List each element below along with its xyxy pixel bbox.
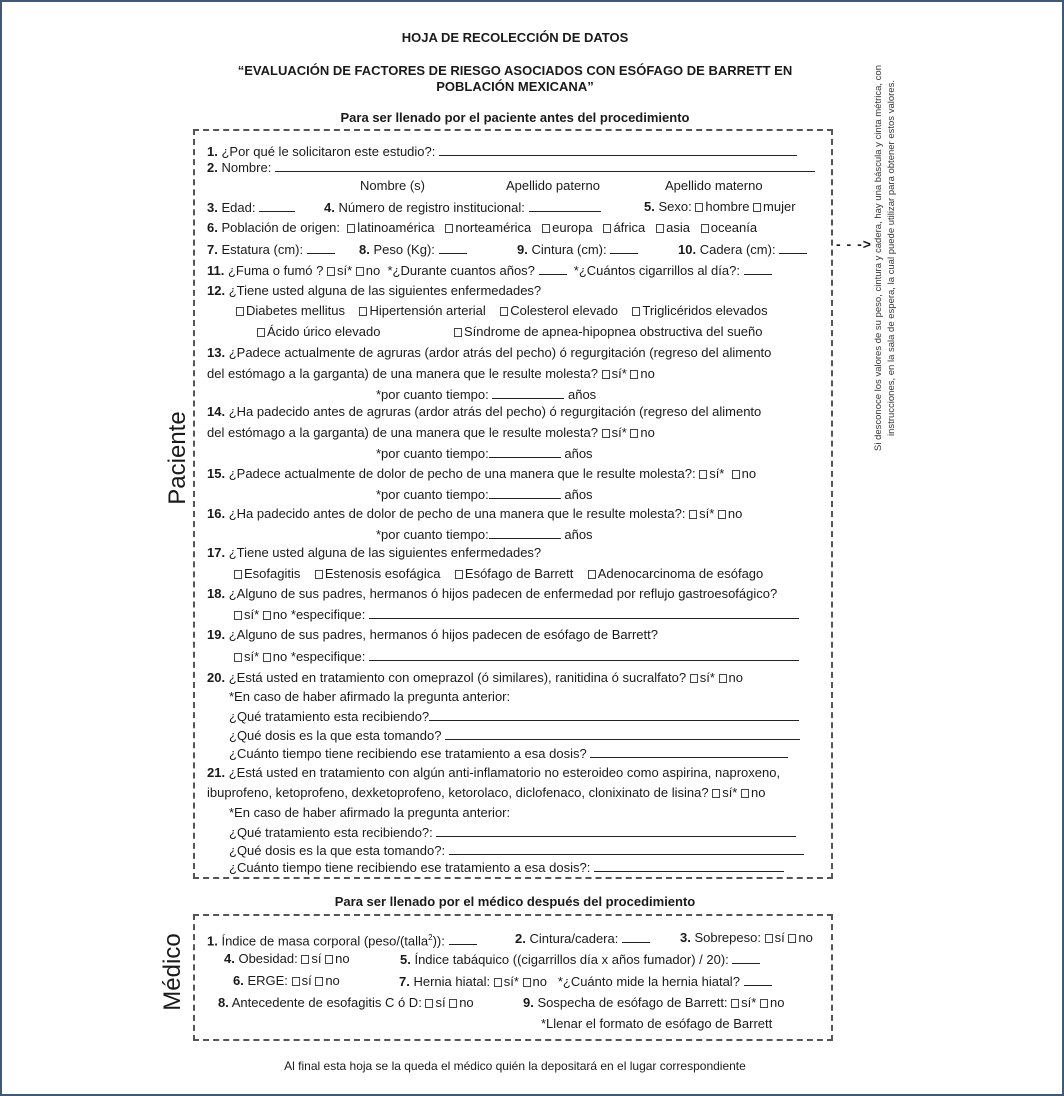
question-14-duration: *por cuanto tiempo: años bbox=[376, 445, 593, 462]
barrett-checkbox[interactable] bbox=[455, 570, 463, 579]
doctor-item-3: 3. Sobrepeso: sí no bbox=[680, 930, 813, 946]
origin-oceania-checkbox[interactable] bbox=[701, 224, 709, 233]
question-2: 2. Nombre: bbox=[207, 159, 815, 176]
q21-treatment-input[interactable] bbox=[436, 824, 796, 837]
doctor-side-label: Médico bbox=[158, 917, 188, 1027]
question-12-options-row2b: Síndrome de apnea-hipopnea obstructiva d… bbox=[454, 324, 763, 340]
sex-female-checkbox[interactable] bbox=[753, 203, 761, 212]
height-input[interactable] bbox=[307, 241, 335, 254]
question-20-sub2: ¿Qué dosis es la que esta tomando? bbox=[229, 727, 800, 744]
question-15-duration: *por cuanto tiempo: años bbox=[376, 486, 593, 503]
smoking-index-input[interactable] bbox=[732, 951, 760, 964]
registry-number-input[interactable] bbox=[529, 199, 601, 212]
age-input[interactable] bbox=[259, 199, 295, 212]
smoke-no-checkbox[interactable] bbox=[356, 267, 364, 276]
question-12: 12. ¿Tiene usted alguna de las siguiente… bbox=[207, 283, 541, 299]
esophagitis-cd-no-checkbox[interactable] bbox=[449, 999, 457, 1008]
question-12-options-row2: Ácido úrico elevado bbox=[257, 324, 380, 340]
q13-yes-checkbox[interactable] bbox=[602, 370, 610, 379]
footer-note: Al final esta hoja se la queda el médico… bbox=[190, 1059, 840, 1073]
patient-section-heading: Para ser llenado por el paciente antes d… bbox=[190, 110, 840, 125]
triglycerides-checkbox[interactable] bbox=[632, 307, 640, 316]
hiatal-hernia-yes-checkbox[interactable] bbox=[494, 978, 502, 987]
question-11: 11. ¿Fuma o fumó ? sí* no *¿Durante cuan… bbox=[207, 262, 772, 279]
question-13-line2: del estómago a la garganta) de una maner… bbox=[207, 366, 655, 382]
cigarettes-per-day-input[interactable] bbox=[744, 262, 772, 275]
name-sublabel-paterno: Apellido paterno bbox=[506, 178, 600, 194]
question-21-note: *En caso de haber afirmado la pregunta a… bbox=[229, 805, 510, 821]
q18-specify-input[interactable] bbox=[369, 606, 799, 619]
question-16: 16. ¿Ha padecido antes de dolor de pecho… bbox=[207, 506, 742, 522]
q14-no-checkbox[interactable] bbox=[630, 429, 638, 438]
question-19: 19. ¿Alguno de sus padres, hermanos ó hi… bbox=[207, 627, 658, 643]
question-14: 14. ¿Ha padecido antes de agruras (ardor… bbox=[207, 404, 761, 420]
smoke-years-input[interactable] bbox=[539, 262, 567, 275]
uric-acid-checkbox[interactable] bbox=[257, 328, 265, 337]
origin-northam-checkbox[interactable] bbox=[445, 224, 453, 233]
q18-yes-checkbox[interactable] bbox=[234, 611, 242, 620]
question-21-sub3: ¿Cuánto tiempo tiene recibiendo ese trat… bbox=[229, 859, 784, 876]
stenosis-checkbox[interactable] bbox=[315, 570, 323, 579]
question-20-sub3: ¿Cuánto tiempo tiene recibiendo ese trat… bbox=[229, 745, 788, 762]
q20-no-checkbox[interactable] bbox=[719, 674, 727, 683]
measurement-instructions-note: Si desconoce los valores de su peso, cin… bbox=[872, 18, 908, 498]
q20-dose-input[interactable] bbox=[445, 727, 800, 740]
name-input[interactable] bbox=[275, 159, 815, 172]
question-21-sub1: ¿Qué tratamiento esta recibiendo?: bbox=[229, 824, 796, 841]
doctor-item-5: 5. Índice tabáquico ((cigarrillos día x … bbox=[400, 951, 760, 968]
weight-input[interactable] bbox=[439, 241, 467, 254]
question-21-sub2: ¿Qué dosis es la que esta tomando?: bbox=[229, 842, 804, 859]
study-title: “EVALUACIÓN DE FACTORES DE RIESGO ASOCIA… bbox=[190, 63, 840, 95]
esophagitis-cd-yes-checkbox[interactable] bbox=[425, 999, 433, 1008]
question-19-answer: sí* no *especifique: bbox=[234, 648, 799, 665]
question-18: 18. ¿Alguno de sus padres, hermanos ó hi… bbox=[207, 586, 777, 602]
waist-hip-ratio-input[interactable] bbox=[622, 930, 650, 943]
doctor-item-1: 1. Índice de masa corporal (peso/(talla2… bbox=[207, 930, 477, 949]
barrett-suspect-no-checkbox[interactable] bbox=[760, 999, 768, 1008]
doctor-section-heading: Para ser llenado por el médico después d… bbox=[190, 894, 840, 909]
gerd-yes-checkbox[interactable] bbox=[292, 977, 300, 986]
question-1: 1. ¿Por qué le solicitaron este estudio?… bbox=[207, 143, 797, 160]
hiatal-hernia-no-checkbox[interactable] bbox=[523, 978, 531, 987]
q19-specify-input[interactable] bbox=[369, 648, 799, 661]
question-13: 13. ¿Padece actualmente de agruras (ardo… bbox=[207, 345, 771, 361]
question-21: 21. ¿Está usted en tratamiento con algún… bbox=[207, 765, 780, 781]
origin-europe-checkbox[interactable] bbox=[542, 224, 550, 233]
q16-yes-checkbox[interactable] bbox=[689, 510, 697, 519]
q18-no-checkbox[interactable] bbox=[263, 611, 271, 620]
hip-input[interactable] bbox=[779, 241, 807, 254]
question-9: 9. Cintura (cm): bbox=[517, 241, 638, 258]
esophagitis-checkbox[interactable] bbox=[234, 570, 242, 579]
q13-no-checkbox[interactable] bbox=[630, 370, 638, 379]
question-20: 20. ¿Está usted en tratamiento con omepr… bbox=[207, 670, 743, 686]
question-12-options-row1: Diabetes mellitus Hipertensión arterial … bbox=[236, 303, 768, 319]
q20-duration-input[interactable] bbox=[590, 745, 788, 758]
question-17: 17. ¿Tiene usted alguna de las siguiente… bbox=[207, 545, 541, 561]
question-20-sub1: ¿Qué tratamiento esta recibiendo? bbox=[229, 708, 799, 725]
diabetes-checkbox[interactable] bbox=[236, 307, 244, 316]
q21-dose-input[interactable] bbox=[449, 842, 804, 855]
question-18-answer: sí* no *especifique: bbox=[234, 606, 799, 623]
question-13-duration: *por cuanto tiempo: años bbox=[376, 386, 596, 403]
question-4: 4. Número de registro institucional: bbox=[324, 199, 601, 216]
q19-yes-checkbox[interactable] bbox=[234, 653, 242, 662]
obesity-no-checkbox[interactable] bbox=[325, 955, 333, 964]
sex-male-checkbox[interactable] bbox=[695, 203, 703, 212]
bmi-input[interactable] bbox=[449, 932, 477, 945]
smoke-yes-checkbox[interactable] bbox=[327, 267, 335, 276]
origin-asia-checkbox[interactable] bbox=[656, 224, 664, 233]
overweight-no-checkbox[interactable] bbox=[788, 934, 796, 943]
overweight-yes-checkbox[interactable] bbox=[765, 934, 773, 943]
reason-input[interactable] bbox=[439, 143, 797, 156]
q16-no-checkbox[interactable] bbox=[718, 510, 726, 519]
doctor-item-9: 9. Sospecha de esófago de Barrett: sí* n… bbox=[523, 995, 784, 1011]
q15-duration-input[interactable] bbox=[489, 486, 561, 499]
sleep-apnea-checkbox[interactable] bbox=[454, 328, 462, 337]
barrett-suspect-yes-checkbox[interactable] bbox=[731, 999, 739, 1008]
q16-duration-input[interactable] bbox=[489, 526, 561, 539]
question-16-duration: *por cuanto tiempo: años bbox=[376, 526, 593, 543]
q13-duration-input[interactable] bbox=[492, 386, 564, 399]
q21-yes-checkbox[interactable] bbox=[712, 789, 720, 798]
q21-no-checkbox[interactable] bbox=[741, 789, 749, 798]
doctor-item-6: 6. ERGE: sí no bbox=[233, 973, 340, 989]
waist-input[interactable] bbox=[610, 241, 638, 254]
hernia-size-input[interactable] bbox=[744, 973, 772, 986]
q20-treatment-input[interactable] bbox=[429, 708, 799, 721]
origin-africa-checkbox[interactable] bbox=[603, 224, 611, 233]
arrow-icon: - - -> bbox=[836, 236, 872, 252]
q21-duration-input[interactable] bbox=[594, 859, 784, 872]
question-7: 7. Estatura (cm): bbox=[207, 241, 335, 258]
question-3: 3. Edad: bbox=[207, 199, 295, 216]
question-21-line2: ibuprofeno, ketoprofeno, dexketoprofeno,… bbox=[207, 785, 765, 801]
question-15: 15. ¿Padece actualmente de dolor de pech… bbox=[207, 466, 756, 482]
gerd-no-checkbox[interactable] bbox=[315, 977, 323, 986]
q15-yes-checkbox[interactable] bbox=[699, 470, 707, 479]
hypertension-checkbox[interactable] bbox=[359, 307, 367, 316]
q20-yes-checkbox[interactable] bbox=[690, 674, 698, 683]
question-14-line2: del estómago a la garganta) de una maner… bbox=[207, 425, 655, 441]
obesity-yes-checkbox[interactable] bbox=[301, 955, 309, 964]
doctor-item-7: 7. Hernia hiatal: sí* no *¿Cuánto mide l… bbox=[399, 973, 772, 990]
origin-latam-checkbox[interactable] bbox=[347, 224, 355, 233]
question-5: 5. Sexo: hombre mujer bbox=[644, 199, 796, 215]
question-20-note: *En caso de haber afirmado la pregunta a… bbox=[229, 689, 510, 705]
patient-side-label: Paciente bbox=[163, 398, 193, 518]
question-17-options: Esofagitis Estenosis esofágica Esófago d… bbox=[234, 566, 763, 582]
name-sublabel-nombre: Nombre (s) bbox=[360, 178, 425, 194]
doctor-item-8: 8. Antecedente de esofagitis C ó D: sí n… bbox=[218, 995, 474, 1011]
form-title: HOJA DE RECOLECCIÓN DE DATOS bbox=[190, 30, 840, 45]
name-sublabel-materno: Apellido materno bbox=[665, 178, 763, 194]
question-6: 6. Población de origen: latinoamérica no… bbox=[207, 220, 757, 236]
q15-no-checkbox[interactable] bbox=[732, 470, 740, 479]
question-10: 10. Cadera (cm): bbox=[678, 241, 807, 258]
q14-yes-checkbox[interactable] bbox=[602, 429, 610, 438]
cholesterol-checkbox[interactable] bbox=[500, 307, 508, 316]
doctor-item-4: 4. Obesidad: sí no bbox=[224, 951, 350, 967]
doctor-item-9-note: *Llenar el formato de esófago de Barrett bbox=[541, 1016, 772, 1032]
adenocarcinoma-checkbox[interactable] bbox=[588, 570, 596, 579]
doctor-item-2: 2. Cintura/cadera: bbox=[515, 930, 650, 947]
q19-no-checkbox[interactable] bbox=[263, 653, 271, 662]
q14-duration-input[interactable] bbox=[489, 445, 561, 458]
question-8: 8. Peso (Kg): bbox=[359, 241, 467, 258]
